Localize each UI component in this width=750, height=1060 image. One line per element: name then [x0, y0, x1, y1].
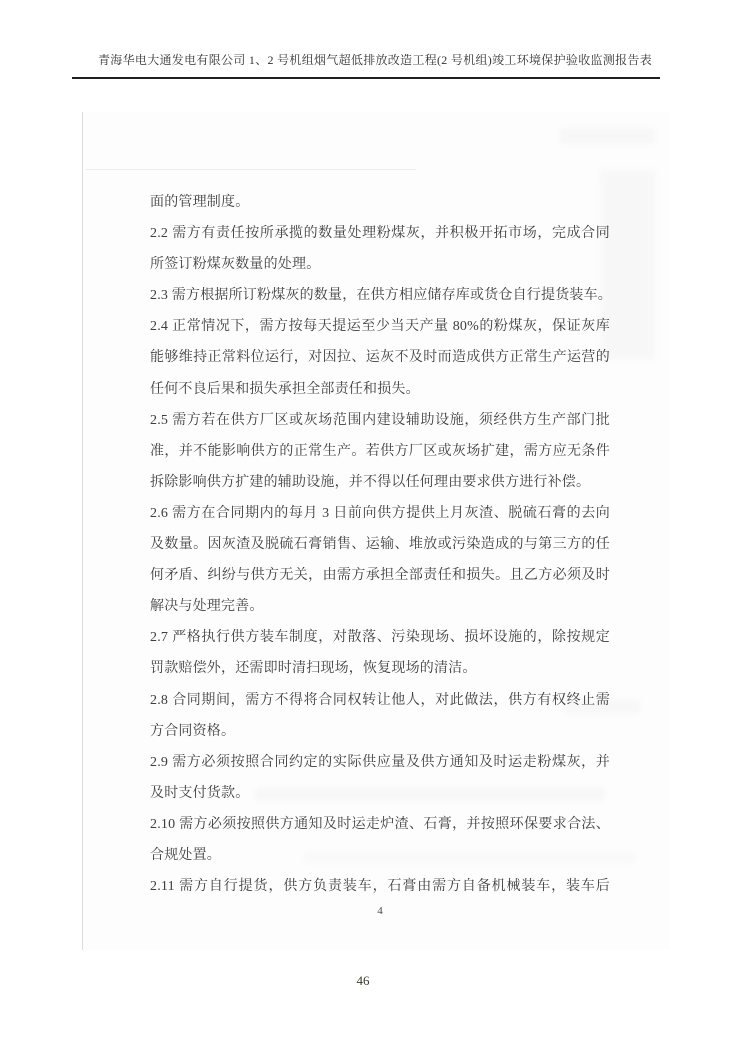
report-header-title: 青海华电大通发电有限公司 1、2 号机组烟气超低排放改造工程(2 号机组)竣工环…	[0, 51, 750, 68]
contract-text-line: 2.6 需方在合同期内的每月 3 日前向供方提供上月灰渣、脱硫石膏的去向	[150, 498, 610, 529]
contract-text-line: 2.4 正常情况下，需方按每天提运至少当天产量 80%的粉煤灰，保证灰库	[150, 311, 610, 342]
contract-text-line: 方合同资格。	[150, 716, 610, 747]
contract-text-line: 何矛盾、纠纷与供方无关，由需方承担全部责任和损失。且乙方必须及时	[150, 560, 610, 591]
contract-text-line: 所签订粉煤灰数量的处理。	[150, 249, 610, 280]
contract-text-line: 罚款赔偿外，还需即时清扫现场，恢复现场的清洁。	[150, 653, 610, 684]
contract-text-line: 2.10 需方必须按照供方通知及时运走炉渣、石膏，并按照环保要求合法、	[150, 809, 610, 840]
contract-text-line: 面的管理制度。	[150, 187, 610, 218]
inner-page-number: 4	[150, 905, 610, 917]
contract-text-line: 2.11 需方自行提货，供方负责装车，石膏由需方自备机械装车，装车后	[150, 871, 610, 902]
contract-text-line: 能够维持正常料位运行，对因拉、运灰不及时而造成供方正常生产运营的	[150, 342, 610, 373]
contract-text-line: 解决与处理完善。	[150, 591, 610, 622]
contract-text-line: 准，并不能影响供方的正常生产。若供方厂区或灰场扩建，需方应无条件	[150, 436, 610, 467]
contract-text-line: 2.2 需方有责任按所承揽的数量处理粉煤灰，并积极开拓市场，完成合同	[150, 218, 610, 249]
contract-text-line: 2.9 需方必须按照合同约定的实际供应量及供方通知及时运走粉煤灰，并	[150, 747, 610, 778]
header-rule-divider	[72, 77, 660, 79]
contract-text-line: 2.8 合同期间，需方不得将合同权转让他人，对此做法，供方有权终止需	[150, 685, 610, 716]
contract-text-line: 任何不良后果和损失承担全部责任和损失。	[150, 374, 610, 405]
footer-page-number: 46	[0, 973, 726, 989]
contract-text-line: 及时支付货款。	[150, 778, 610, 809]
contract-text-line: 及数量。因灰渣及脱硫石膏销售、运输、堆放或污染造成的与第三方的任	[150, 529, 610, 560]
report-page: 青海华电大通发电有限公司 1、2 号机组烟气超低排放改造工程(2 号机组)竣工环…	[0, 0, 750, 1060]
contract-text-line: 2.5 需方若在供方厂区或灰场范围内建设辅助设施，须经供方生产部门批	[150, 405, 610, 436]
contract-text-line: 2.7 严格执行供方装车制度，对散落、污染现场、损坏设施的，除按规定	[150, 622, 610, 653]
contract-text-block: 面的管理制度。2.2 需方有责任按所承揽的数量处理粉煤灰，并积极开拓市场，完成合…	[150, 187, 610, 902]
scan-artifact-streak	[86, 169, 416, 170]
contract-text-line: 2.3 需方根据所订粉煤灰的数量，在供方相应储存库或货仓自行提货装车。	[150, 280, 610, 311]
contract-text-line: 合规处置。	[150, 840, 610, 871]
contract-text-line: 拆除影响供方扩建的辅助设施，并不得以任何理由要求供方进行补偿。	[150, 467, 610, 498]
